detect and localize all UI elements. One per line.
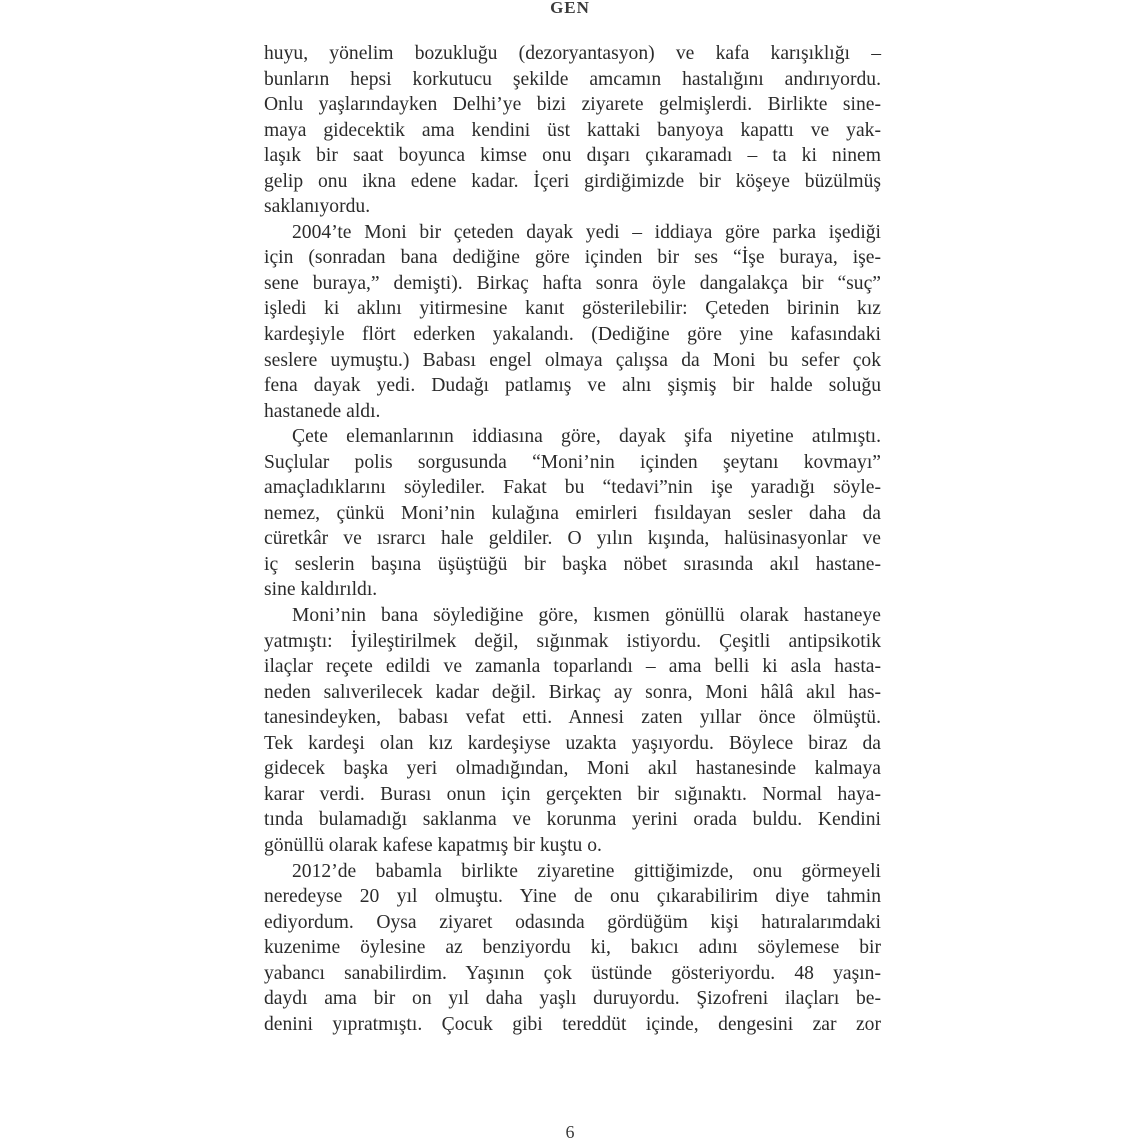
text-line: ilaçlar reçete edildi ve zamanla toparla… [264, 654, 881, 680]
text-line: bunların hepsi korkutucu şekilde amcamın… [264, 67, 881, 93]
text-line: iç seslerin başına üşüştüğü bir başka nö… [264, 552, 881, 578]
text-line: neden salıverilecek kadar değil. Birkaç … [264, 680, 881, 706]
text-line: 2004’te Moni bir çeteden dayak yedi – id… [264, 220, 881, 246]
text-line: Moni’nin bana söylediğine göre, kısmen g… [264, 603, 881, 629]
text-line: hastanede aldı. [264, 399, 881, 425]
text-line: neredeyse 20 yıl olmuştu. Yine de onu çı… [264, 884, 881, 910]
text-line: amaçladıklarını söylediler. Fakat bu “te… [264, 475, 881, 501]
text-line: sine kaldırıldı. [264, 577, 881, 603]
text-line: işledi ki aklını yitirmesine kanıt göste… [264, 296, 881, 322]
text-line: ediyordum. Oysa ziyaret odasında gördüğü… [264, 910, 881, 936]
page-body: huyu, yönelim bozukluğu (dezoryantasyon)… [264, 41, 881, 1037]
running-head: GEN [0, 0, 1140, 18]
text-line: yabancı sanabilirdim. Yaşının çok üstünd… [264, 961, 881, 987]
text-line: tanesindeyken, babası vefat etti. Annesi… [264, 705, 881, 731]
text-line: cüretkâr ve ısrarcı hale geldiler. O yıl… [264, 526, 881, 552]
page-number: 6 [0, 1122, 1140, 1140]
text-line: gelip onu ikna edene kadar. İçeri girdiğ… [264, 169, 881, 195]
text-line: kuzenime öylesine az benziyordu ki, bakı… [264, 935, 881, 961]
paragraph-2: 2004’te Moni bir çeteden dayak yedi – id… [264, 220, 881, 424]
text-line: karar verdi. Burası onun için gerçekten … [264, 782, 881, 808]
text-line: saklanıyordu. [264, 194, 881, 220]
text-line: Tek kardeşi olan kız kardeşiyse uzakta y… [264, 731, 881, 757]
text-line: seslere uymuştu.) Babası engel olmaya ça… [264, 348, 881, 374]
text-line: kardeşiyle flört ederken yakalandı. (Ded… [264, 322, 881, 348]
text-line: Çete elemanlarının iddiasına göre, dayak… [264, 424, 881, 450]
paragraph-4: Moni’nin bana söylediğine göre, kısmen g… [264, 603, 881, 858]
text-line: yatmıştı: İyileştirilmek değil, sığınmak… [264, 629, 881, 655]
text-line: daydı ama bir on yıl daha yaşlı duruyord… [264, 986, 881, 1012]
text-line: sene buraya,” demişti). Birkaç hafta son… [264, 271, 881, 297]
text-line: maya gidecektik ama kendini üst kattaki … [264, 118, 881, 144]
paragraph-3: Çete elemanlarının iddiasına göre, dayak… [264, 424, 881, 603]
text-line: Suçlular polis sorgusunda “Moni’nin için… [264, 450, 881, 476]
text-line: Onlu yaşlarındayken Delhi’ye bizi ziyare… [264, 92, 881, 118]
text-line: gönüllü olarak kafese kapatmış bir kuştu… [264, 833, 881, 859]
text-line: nemez, çünkü Moni’nin kulağına emirleri … [264, 501, 881, 527]
paragraph-1: huyu, yönelim bozukluğu (dezoryantasyon)… [264, 41, 881, 220]
text-line: tında bulamadığı saklanma ve korunma yer… [264, 807, 881, 833]
paragraph-5: 2012’de babamla birlikte ziyaretine gitt… [264, 859, 881, 1038]
text-line: huyu, yönelim bozukluğu (dezoryantasyon)… [264, 41, 881, 67]
text-line: için (sonradan bana dediğine göre içinde… [264, 245, 881, 271]
text-line: denini yıpratmıştı. Çocuk gibi tereddüt … [264, 1012, 881, 1038]
text-line: fena dayak yedi. Dudağı patlamış ve alnı… [264, 373, 881, 399]
text-line: laşık bir saat boyunca kimse onu dışarı … [264, 143, 881, 169]
text-line: gidecek başka yeri olmadığından, Moni ak… [264, 756, 881, 782]
text-line: 2012’de babamla birlikte ziyaretine gitt… [264, 859, 881, 885]
